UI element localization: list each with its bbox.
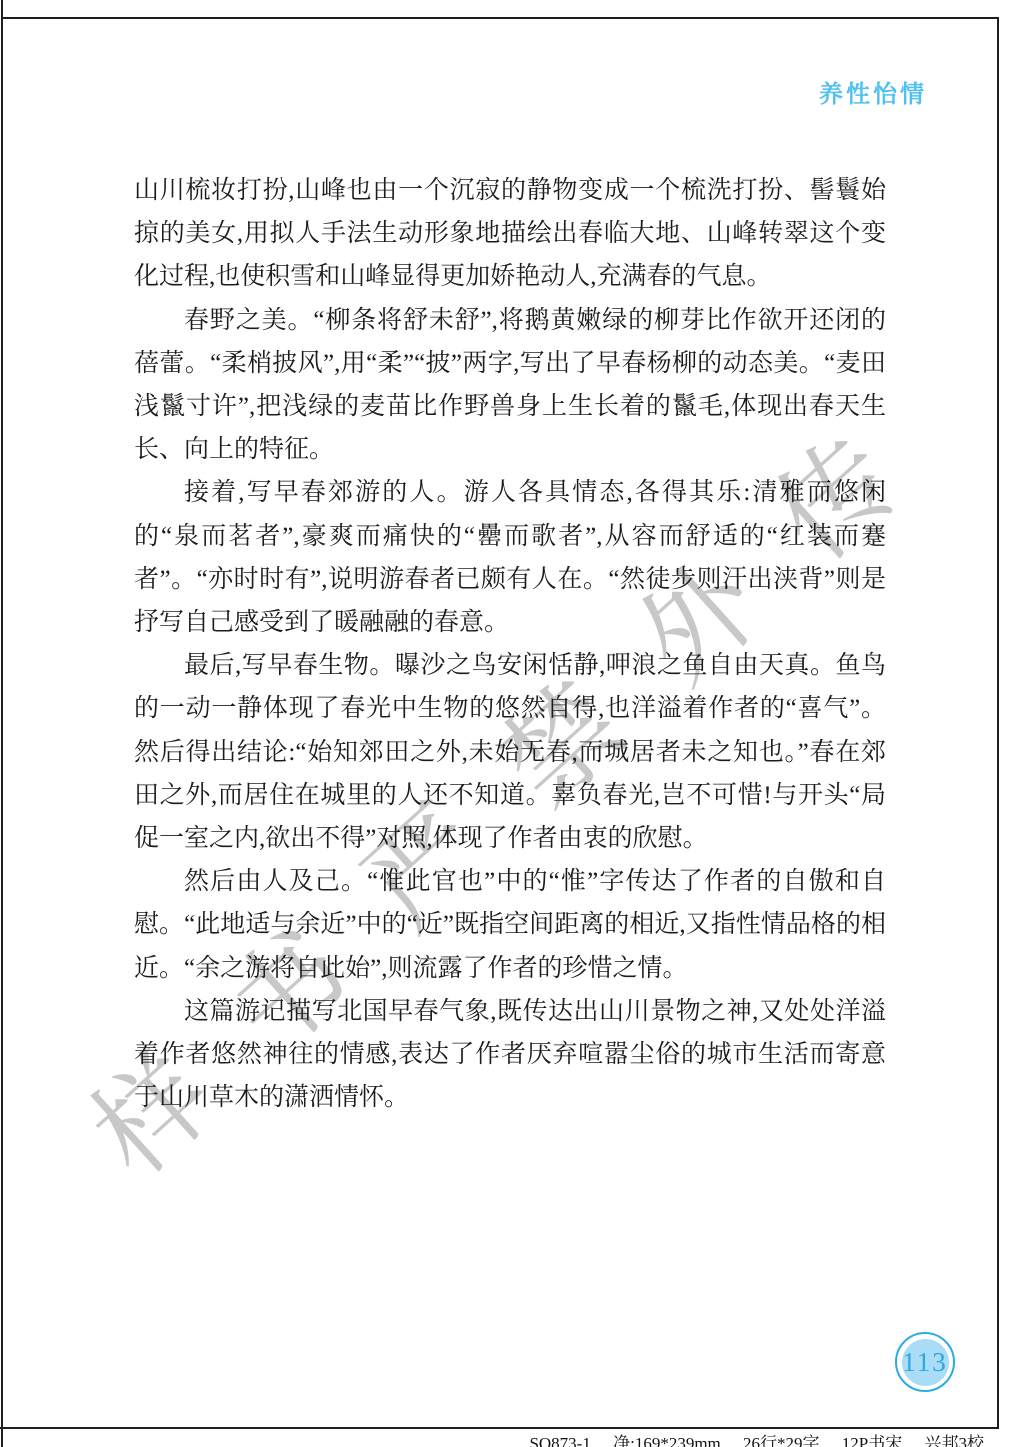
page-left-edge-line xyxy=(1,0,3,1447)
page-number: 113 xyxy=(902,1347,948,1378)
paragraph: 春野之美。“柳条将舒未舒”,将鹅黄嫩绿的柳芽比作欲开还闭的蓓蕾。“柔梢披风”,用… xyxy=(134,299,886,472)
article-body: 山川梳妆打扮,山峰也由一个沉寂的静物变成一个梳洗打扮、髻鬟始掠的美女,用拟人手法… xyxy=(134,169,886,1119)
font-spec: 12P书宋 xyxy=(842,1434,902,1447)
print-code: SQ873-1 xyxy=(529,1434,590,1447)
paragraph: 山川梳妆打扮,山峰也由一个沉寂的静物变成一个梳洗打扮、髻鬟始掠的美女,用拟人手法… xyxy=(134,169,886,299)
paragraph: 接着,写早春郊游的人。游人各具情态,各得其乐:清雅而悠闲的“泉而茗者”,豪爽而痛… xyxy=(134,471,886,644)
book-page: 养性怡情 样书严禁外传 山川梳妆打扮,山峰也由一个沉寂的静物变成一个梳洗打扮、髻… xyxy=(0,0,1016,1447)
trim-size: 净:169*239mm xyxy=(613,1434,721,1447)
paragraph: 这篇游记描写北国早春气象,既传达出山川景物之神,又处处洋溢着作者悠然神往的情感,… xyxy=(134,990,886,1120)
paragraph: 最后,写早春生物。曝沙之鸟安闲恬静,呷浪之鱼自由天真。鱼鸟的一动一静体现了春光中… xyxy=(134,644,886,860)
grid-spec: 26行*29字 xyxy=(743,1434,820,1447)
paragraph: 然后由人及己。“惟此官也”中的“惟”字传达了作者的自傲和自慰。“此地适与余近”中… xyxy=(134,860,886,990)
proof-info: 兴邦3校 xyxy=(925,1434,985,1447)
print-info-footer: SQ873-1 净:169*239mm 26行*29字 12P书宋 兴邦3校 xyxy=(529,1429,984,1447)
running-head: 养性怡情 xyxy=(819,74,927,109)
page-number-badge: 113 xyxy=(895,1332,955,1392)
page-number-circle: 113 xyxy=(902,1339,949,1386)
frame-top-rule xyxy=(2,17,998,19)
frame-right-rule xyxy=(997,17,999,1429)
